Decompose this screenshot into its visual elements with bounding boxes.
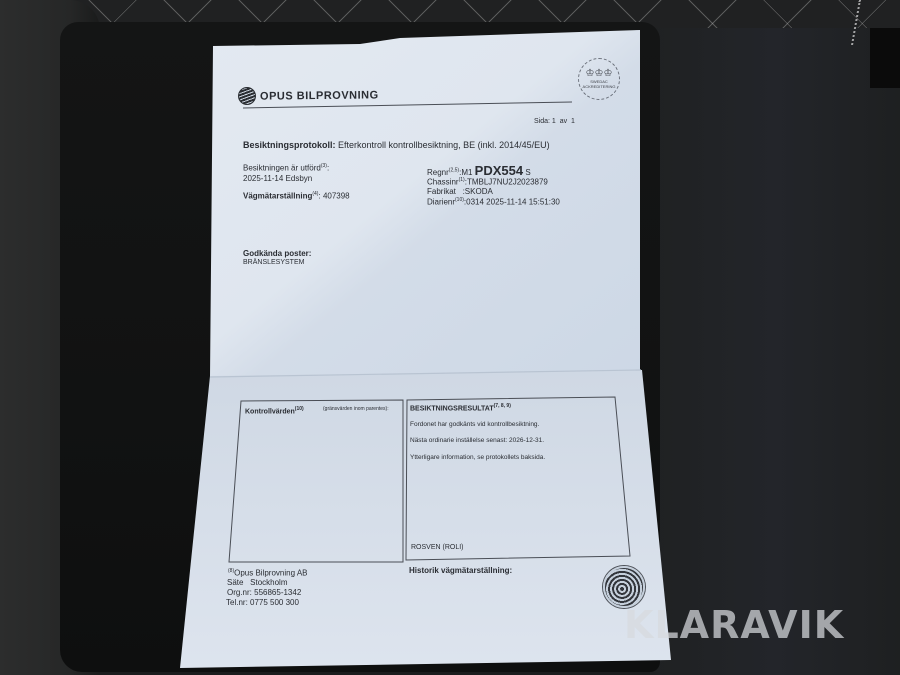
- result-line-more-info: Ytterligare information, se protokollets…: [410, 454, 545, 461]
- diary-label: Diarienr: [427, 198, 455, 207]
- inspection-performed-value: 2025-11-14 Edsbyn: [243, 174, 312, 183]
- footer-seat: Säte Stockholm: [227, 578, 288, 587]
- chassis-number: TMBLJ7NU2J2023879: [467, 178, 548, 187]
- footer-tel-nr: Tel.nr: 0775 500 300: [226, 598, 299, 607]
- page-label: Sida:: [534, 118, 550, 125]
- regnr-ref: (2,5): [449, 167, 459, 173]
- klaravik-watermark: KLARAVIK: [624, 603, 844, 647]
- diary-value: 0314 2025-11-14 15:51:30: [466, 198, 560, 207]
- approved-item: BRÄNSLESYSTEM: [243, 259, 304, 266]
- page-current: 1: [552, 118, 556, 125]
- result-line-approved: Fordonet har godkänts vid kontrollbesikt…: [410, 421, 539, 428]
- control-values-label: Kontrollvärden(10): [245, 406, 304, 415]
- footer-seat-city: Stockholm: [250, 578, 287, 587]
- chassis-row: Chassinr(1):TMBLJ7NU2J2023879: [427, 177, 548, 187]
- inspection-protocol-paper: OPUS BILPROVNING ♔♔♔ SWEDAC ACKREDITERIN…: [0, 0, 900, 675]
- make-row: Fabrikat :SKODA: [427, 187, 493, 196]
- chassis-label: Chassinr: [427, 178, 459, 187]
- footer-org-nr: Org.nr: 556865-1342: [227, 588, 301, 597]
- opus-logo: OPUS BILPROVNING: [238, 87, 379, 105]
- climate-compensated-seal-icon: [603, 566, 645, 608]
- inspector-name: ROSVEN (ROLI): [411, 544, 464, 551]
- diary-ref: (10): [455, 197, 464, 203]
- result-line-next-inspection: Nästa ordinarie inställelse senast: 2026…: [410, 437, 544, 444]
- odometer-label: Vägmätarställning: [243, 192, 312, 201]
- inspection-performed-ref: (3): [321, 163, 327, 169]
- protocol-title-label: Besiktningsprotokoll:: [243, 140, 336, 150]
- make-label: Fabrikat: [427, 187, 456, 196]
- inspection-performed-label: Besiktningen är utförd(3):: [243, 163, 329, 173]
- regnr-label: Regnr: [427, 168, 449, 177]
- regnr-suffix: S: [525, 168, 530, 177]
- footer-seat-label: Säte: [227, 578, 243, 587]
- protocol-title: Besiktningsprotokoll: Efterkontroll kont…: [243, 140, 550, 150]
- odometer-history-label: Historik vägmätarställning:: [409, 566, 512, 575]
- chassis-ref: (1): [459, 177, 465, 183]
- registration-number: PDX554: [475, 163, 523, 178]
- footer-company-name: Opus Bilprovning AB: [234, 569, 307, 578]
- three-crowns-icon: ♔♔♔: [579, 69, 619, 79]
- result-ref: (7, 8, 9): [494, 403, 511, 409]
- odometer-reading: Vägmätarställning(4): 407398: [243, 191, 350, 201]
- odometer-ref: (4): [312, 191, 318, 197]
- regnr-row: Regnr(2,5):M1 PDX554 S: [427, 163, 531, 178]
- page-of-label: av: [560, 118, 567, 125]
- seal-ring-text: SWEDAC ACKREDITERING: [583, 79, 616, 89]
- control-values-label-text: Kontrollvärden: [245, 408, 295, 415]
- result-heading: BESIKTNINGSRESULTAT(7, 8, 9): [410, 403, 511, 412]
- page-indicator: Sida: 1 av 1: [534, 118, 575, 125]
- control-values-note: (gränsvärden inom parentes):: [323, 406, 389, 412]
- odometer-value: 407398: [323, 192, 350, 201]
- diary-row: Diarienr(10):0314 2025-11-14 15:51:30: [427, 197, 560, 207]
- result-label: BESIKTNINGSRESULTAT: [410, 405, 494, 412]
- approved-items-label: Godkända poster:: [243, 249, 311, 258]
- opus-globe-icon: [238, 87, 256, 105]
- vehicle-class: M1: [461, 168, 472, 177]
- company-logo-text: OPUS BILPROVNING: [260, 89, 379, 102]
- page-total: 1: [571, 118, 575, 125]
- make-value: SKODA: [465, 187, 493, 196]
- control-values-ref: (10): [295, 406, 304, 412]
- footer-company: (8)Opus Bilprovning AB: [228, 568, 308, 578]
- swedac-accreditation-seal-icon: ♔♔♔ SWEDAC ACKREDITERING: [578, 58, 620, 100]
- inspection-performed-label-text: Besiktningen är utförd: [243, 164, 321, 173]
- protocol-title-value: Efterkontroll kontrollbesiktning, BE (in…: [338, 140, 550, 150]
